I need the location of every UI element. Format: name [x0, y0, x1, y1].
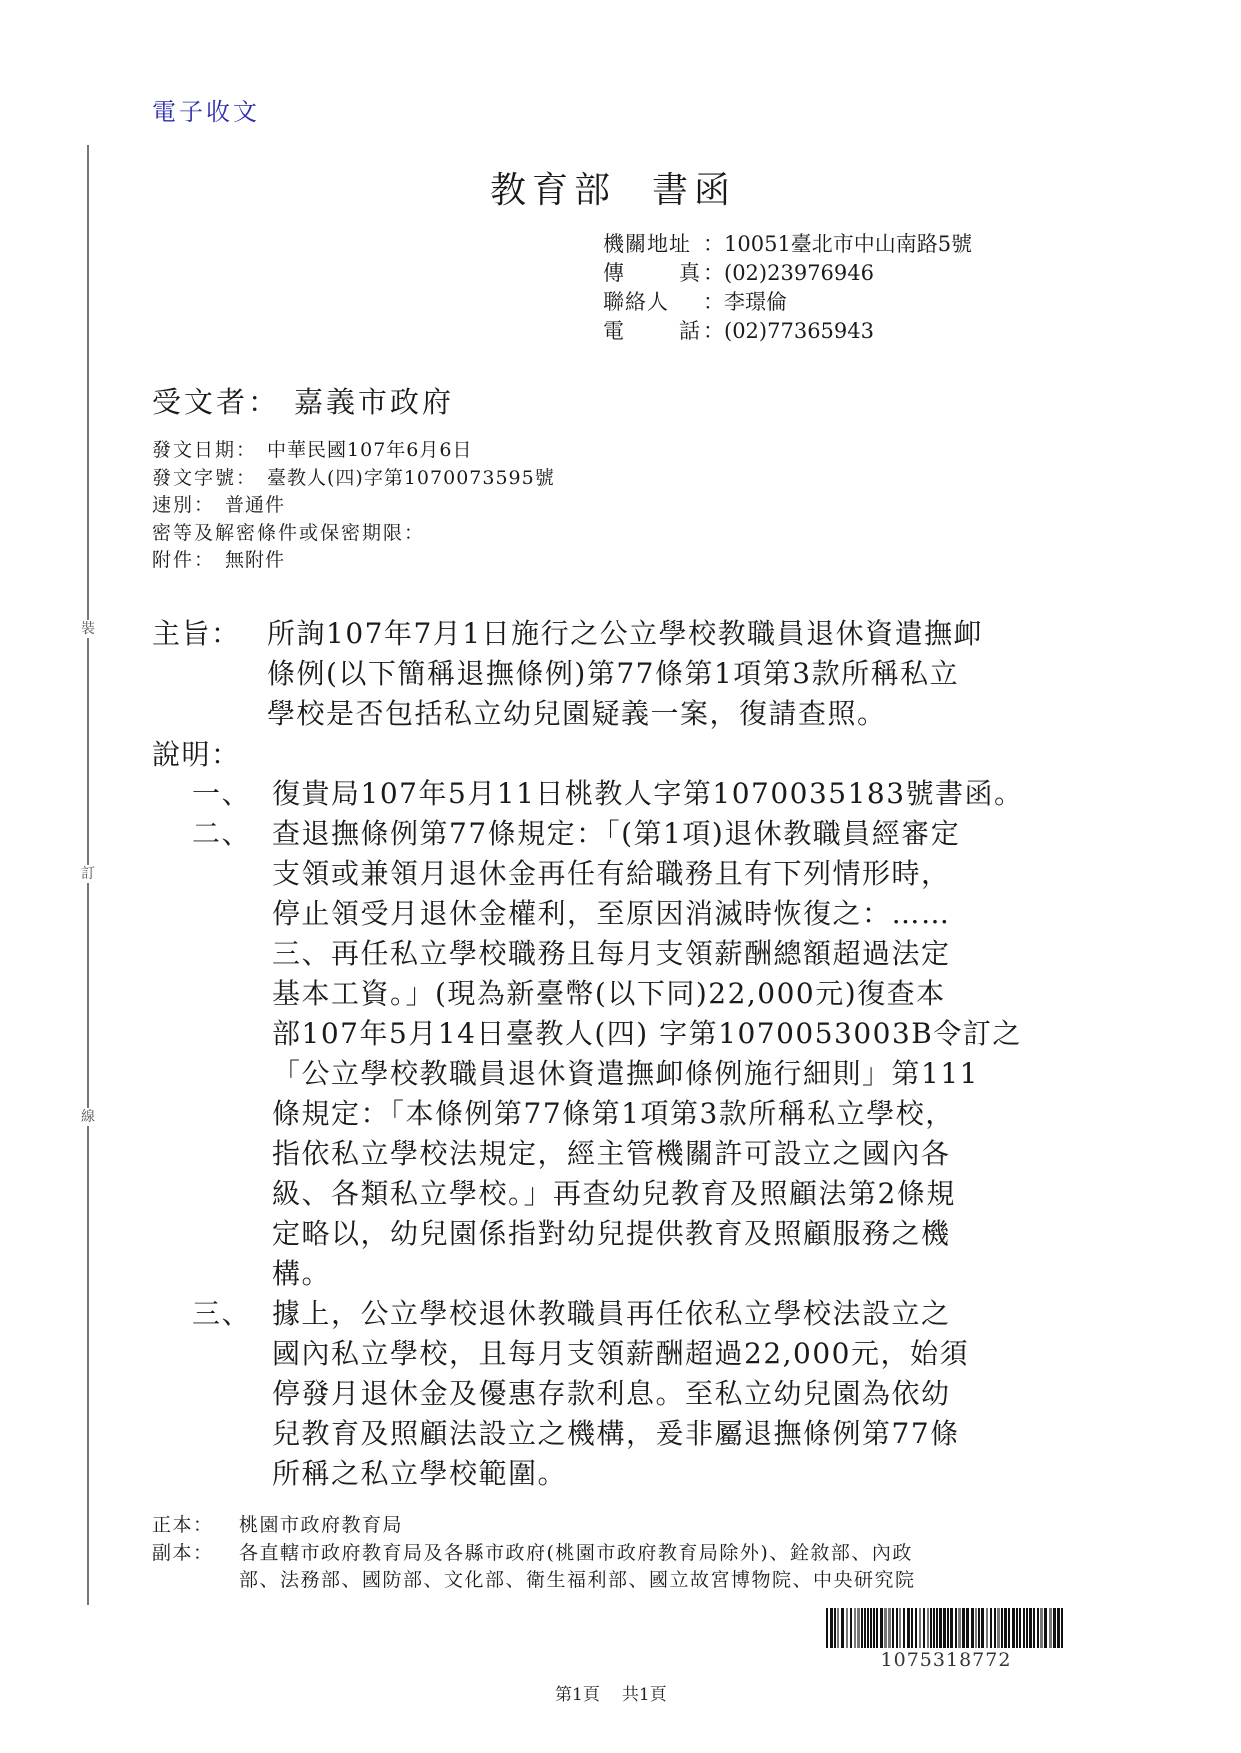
- barcode-bar: [1026, 1608, 1028, 1648]
- item-line: 一、復貴局107年5月11日桃教人字第1070035183號書函。: [192, 774, 1024, 814]
- explanation-label: 說明：: [152, 735, 241, 775]
- barcode-bar: [834, 1608, 836, 1648]
- barcode-bar: [1008, 1608, 1010, 1648]
- barcode-bar: [990, 1608, 992, 1648]
- item-line: 部107年5月14日臺教人(四) 字第1070053003B令訂之: [192, 1014, 1024, 1054]
- barcode-bar: [1057, 1608, 1060, 1648]
- document-title: 教育部書函: [490, 162, 736, 213]
- barcode-bar: [876, 1608, 878, 1648]
- address-label: 機關地址: [603, 230, 703, 259]
- phone-value: (02)77365943: [724, 317, 874, 346]
- address-row: 機關地址：10051臺北市中山南路5號: [603, 230, 972, 259]
- barcode-bar: [994, 1608, 996, 1648]
- barcode-bar: [939, 1608, 942, 1648]
- attachment-row: 附件：無附件: [152, 547, 555, 575]
- barcode-bar: [915, 1608, 917, 1648]
- explanation-item: 三、據上，公立學校退休教職員再任依私立學校法設立之 國內私立學校，且每月支領薪酬…: [192, 1294, 1024, 1494]
- barcode-number: 1075318772: [826, 1649, 1066, 1671]
- item-line: 基本工資。」(現為新臺幣(以下同)22,000元)復查本: [192, 974, 1024, 1014]
- binding-mark-staple: 訂: [77, 865, 99, 883]
- barcode-bar: [861, 1608, 863, 1648]
- item-line: 國內私立學校，且每月支領薪酬超過22,000元，始須: [192, 1334, 1024, 1374]
- barcode-bar: [933, 1608, 935, 1648]
- recipient-label: 受文者：: [152, 385, 280, 419]
- barcode-bar: [880, 1608, 883, 1648]
- barcode-bar: [864, 1608, 866, 1648]
- item-line: 停止領受月退休金權利，至原因消滅時恢復之：……: [192, 894, 1024, 934]
- barcode-bar: [1049, 1608, 1052, 1648]
- phone-row: 電話：(02)77365943: [603, 317, 972, 346]
- barcode-bar: [930, 1608, 932, 1648]
- barcode-bar: [854, 1608, 856, 1648]
- barcode-bar: [1016, 1608, 1018, 1648]
- copy-label: 副本：: [152, 1540, 239, 1568]
- binding-mark-line: 線: [77, 1108, 99, 1126]
- attachment-label: 附件：: [152, 549, 215, 571]
- barcode-bar: [857, 1608, 860, 1648]
- barcode-bar: [1061, 1608, 1063, 1648]
- barcode-bar: [947, 1608, 949, 1648]
- item-line: 三、再任私立學校職務且每月支領薪酬總額超過法定: [192, 934, 1024, 974]
- barcode-bar: [978, 1608, 980, 1648]
- item-number: 二、: [192, 814, 272, 854]
- item-line: 支領或兼領月退休金再任有給職務且有下列情形時，: [192, 854, 1024, 894]
- fax-row: 傳真：(02)23976946: [603, 259, 972, 288]
- contact-person-value: 李璟倫: [724, 288, 787, 317]
- subject-line: 學校是否包括私立幼兒園疑義一案，復請查照。: [152, 694, 983, 734]
- barcode-bar: [899, 1608, 901, 1648]
- secrecy-row: 密等及解密條件或保密期限：: [152, 520, 555, 548]
- barcode-bar: [1023, 1608, 1025, 1648]
- barcode-bar: [1040, 1608, 1043, 1648]
- issue-date-value: 中華民國107年6月6日: [267, 439, 472, 461]
- item-line: 停發月退休金及優惠存款利息。至私立幼兒園為依幼: [192, 1374, 1024, 1414]
- barcode-bar: [884, 1608, 887, 1648]
- document-type: 書函: [652, 170, 736, 211]
- barcode-bar: [837, 1608, 839, 1648]
- barcode-bar: [903, 1608, 905, 1648]
- barcode-bar: [1012, 1608, 1015, 1648]
- item-line: 兒教育及照顧法設立之機構，爰非屬退撫條例第77條: [192, 1414, 1024, 1454]
- secrecy-label: 密等及解密條件或保密期限：: [152, 522, 425, 544]
- barcode-bar: [943, 1608, 946, 1648]
- barcode-bar: [850, 1608, 852, 1648]
- original-recipient-row: 正本：桃園市政府教育局: [152, 1512, 916, 1540]
- barcode-bar: [1019, 1608, 1021, 1648]
- binding-mark-bind: 裝: [77, 620, 99, 638]
- fax-value: (02)23976946: [724, 259, 874, 288]
- speed-row: 速別：普通件: [152, 492, 555, 520]
- original-label: 正本：: [152, 1512, 239, 1540]
- barcode-bar: [1044, 1608, 1047, 1648]
- explanation-item: 二、查退撫條例第77條規定：「(第1項)退休教職員經審定 支領或兼領月退休金再任…: [192, 814, 1024, 1294]
- barcode-bar: [1029, 1608, 1032, 1648]
- issue-date-label: 發文日期：: [152, 439, 257, 461]
- barcode-bar: [962, 1608, 965, 1648]
- barcode-bar: [841, 1608, 844, 1648]
- item-line: 級、各類私立學校。」再查幼兒教育及照顧法第2條規: [192, 1174, 1024, 1214]
- subject-line: 條例(以下簡稱退撫條例)第77條第1項第3款所稱私立: [152, 654, 983, 694]
- barcode-bar: [896, 1608, 898, 1648]
- page-number: 第1頁共1頁: [555, 1680, 667, 1705]
- barcode-bar: [892, 1608, 894, 1648]
- barcode-bar: [867, 1608, 869, 1648]
- copy-recipient-row: 部、法務部、國防部、文化部、衛生福利部、國立故宮博物院、中央研究院: [152, 1567, 916, 1595]
- barcode-bar: [1033, 1608, 1035, 1648]
- item-line: 條規定：「本條例第77條第1項第3款所稱私立學校，: [192, 1094, 1024, 1134]
- item-number: 一、: [192, 774, 272, 814]
- item-line: 所稱之私立學校範圍。: [192, 1454, 1024, 1494]
- barcode-bar: [981, 1608, 984, 1648]
- subject-line: 主旨：所詢107年7月1日施行之公立學校教職員退休資遣撫卹: [152, 614, 983, 654]
- item-line: 構。: [192, 1254, 1024, 1294]
- barcode-bar: [888, 1608, 891, 1648]
- item-line: 「公立學校教職員退休資遣撫卹條例施行細則」第111: [192, 1054, 1024, 1094]
- item-line: 二、查退撫條例第77條規定：「(第1項)退休教職員經審定: [192, 814, 1024, 854]
- address-value: 10051臺北市中山南路5號: [724, 230, 972, 259]
- barcode-bar: [923, 1608, 925, 1648]
- subject-section: 主旨：所詢107年7月1日施行之公立學校教職員退休資遣撫卹 條例(以下簡稱退撫條…: [152, 614, 983, 734]
- item-line: 三、據上，公立學校退休教職員再任依私立學校法設立之: [192, 1294, 1024, 1334]
- attachment-value: 無附件: [225, 549, 285, 571]
- barcode-bar: [919, 1608, 921, 1648]
- item-line: 指依私立學校法規定，經主管機關許可設立之國內各: [192, 1134, 1024, 1174]
- copy-recipient-row: 副本：各直轄市政府教育局及各縣市政府(桃園市政府教育局除外)、銓敘部、內政: [152, 1540, 916, 1568]
- barcode-bar: [873, 1608, 875, 1648]
- barcode-bar: [1037, 1608, 1039, 1648]
- subject-label: 主旨：: [152, 614, 267, 654]
- recipient-value: 嘉義市政府: [294, 385, 454, 419]
- barcode-bar: [958, 1608, 961, 1648]
- barcode-bar: [975, 1608, 977, 1648]
- barcode-bar: [846, 1608, 848, 1648]
- barcode-bar: [997, 1608, 1000, 1648]
- item-line: 定略以，幼兒園係指對幼兒提供教育及照顧服務之機: [192, 1214, 1024, 1254]
- barcode-bar: [911, 1608, 913, 1648]
- document-number-label: 發文字號：: [152, 467, 257, 489]
- barcode-bar: [1001, 1608, 1003, 1648]
- barcode-bar: [1004, 1608, 1007, 1648]
- barcode-bar: [971, 1608, 974, 1648]
- phone-label: 電話: [603, 317, 703, 346]
- item-number: 三、: [192, 1294, 272, 1334]
- speed-label: 速別：: [152, 494, 215, 516]
- distribution-list: 正本：桃園市政府教育局 副本：各直轄市政府教育局及各縣市政府(桃園市政府教育局除…: [152, 1512, 916, 1595]
- barcode-bar: [826, 1608, 828, 1648]
- e-receipt-stamp: 電子收文: [152, 92, 260, 127]
- barcode-bar: [870, 1608, 872, 1648]
- document-number-row: 發文字號：臺教人(四)字第1070073595號: [152, 465, 555, 493]
- explanation-item: 一、復貴局107年5月11日桃教人字第1070035183號書函。: [192, 774, 1024, 814]
- original-value: 桃園市政府教育局: [239, 1514, 403, 1536]
- barcode-bar: [907, 1608, 910, 1648]
- speed-value: 普通件: [225, 494, 285, 516]
- current-page: 第1頁: [555, 1685, 600, 1705]
- document-meta: 發文日期：中華民國107年6月6日 發文字號：臺教人(四)字第107007359…: [152, 437, 555, 575]
- issue-date-row: 發文日期：中華民國107年6月6日: [152, 437, 555, 465]
- fax-label: 傳真: [603, 259, 703, 288]
- barcode-bar: [950, 1608, 953, 1648]
- barcode-bar: [966, 1608, 969, 1648]
- agency-name: 教育部: [490, 170, 616, 211]
- contact-person-label: 聯絡人: [603, 288, 703, 317]
- recipient: 受文者：嘉義市政府: [152, 380, 454, 421]
- document-number-value: 臺教人(四)字第1070073595號: [267, 467, 555, 489]
- barcode-bar: [986, 1608, 988, 1648]
- barcode-bar: [830, 1608, 833, 1648]
- explanation-items: 一、復貴局107年5月11日桃教人字第1070035183號書函。 二、查退撫條…: [192, 774, 1024, 1494]
- barcode-bar: [955, 1608, 957, 1648]
- contact-block: 機關地址：10051臺北市中山南路5號 傳真：(02)23976946 聯絡人：…: [603, 230, 972, 346]
- total-pages: 共1頁: [622, 1685, 667, 1705]
- barcode-bar: [927, 1608, 929, 1648]
- barcode: [826, 1608, 1066, 1648]
- contact-person-row: 聯絡人：李璟倫: [603, 288, 972, 317]
- barcode-bar: [936, 1608, 938, 1648]
- barcode-bar: [1053, 1608, 1056, 1648]
